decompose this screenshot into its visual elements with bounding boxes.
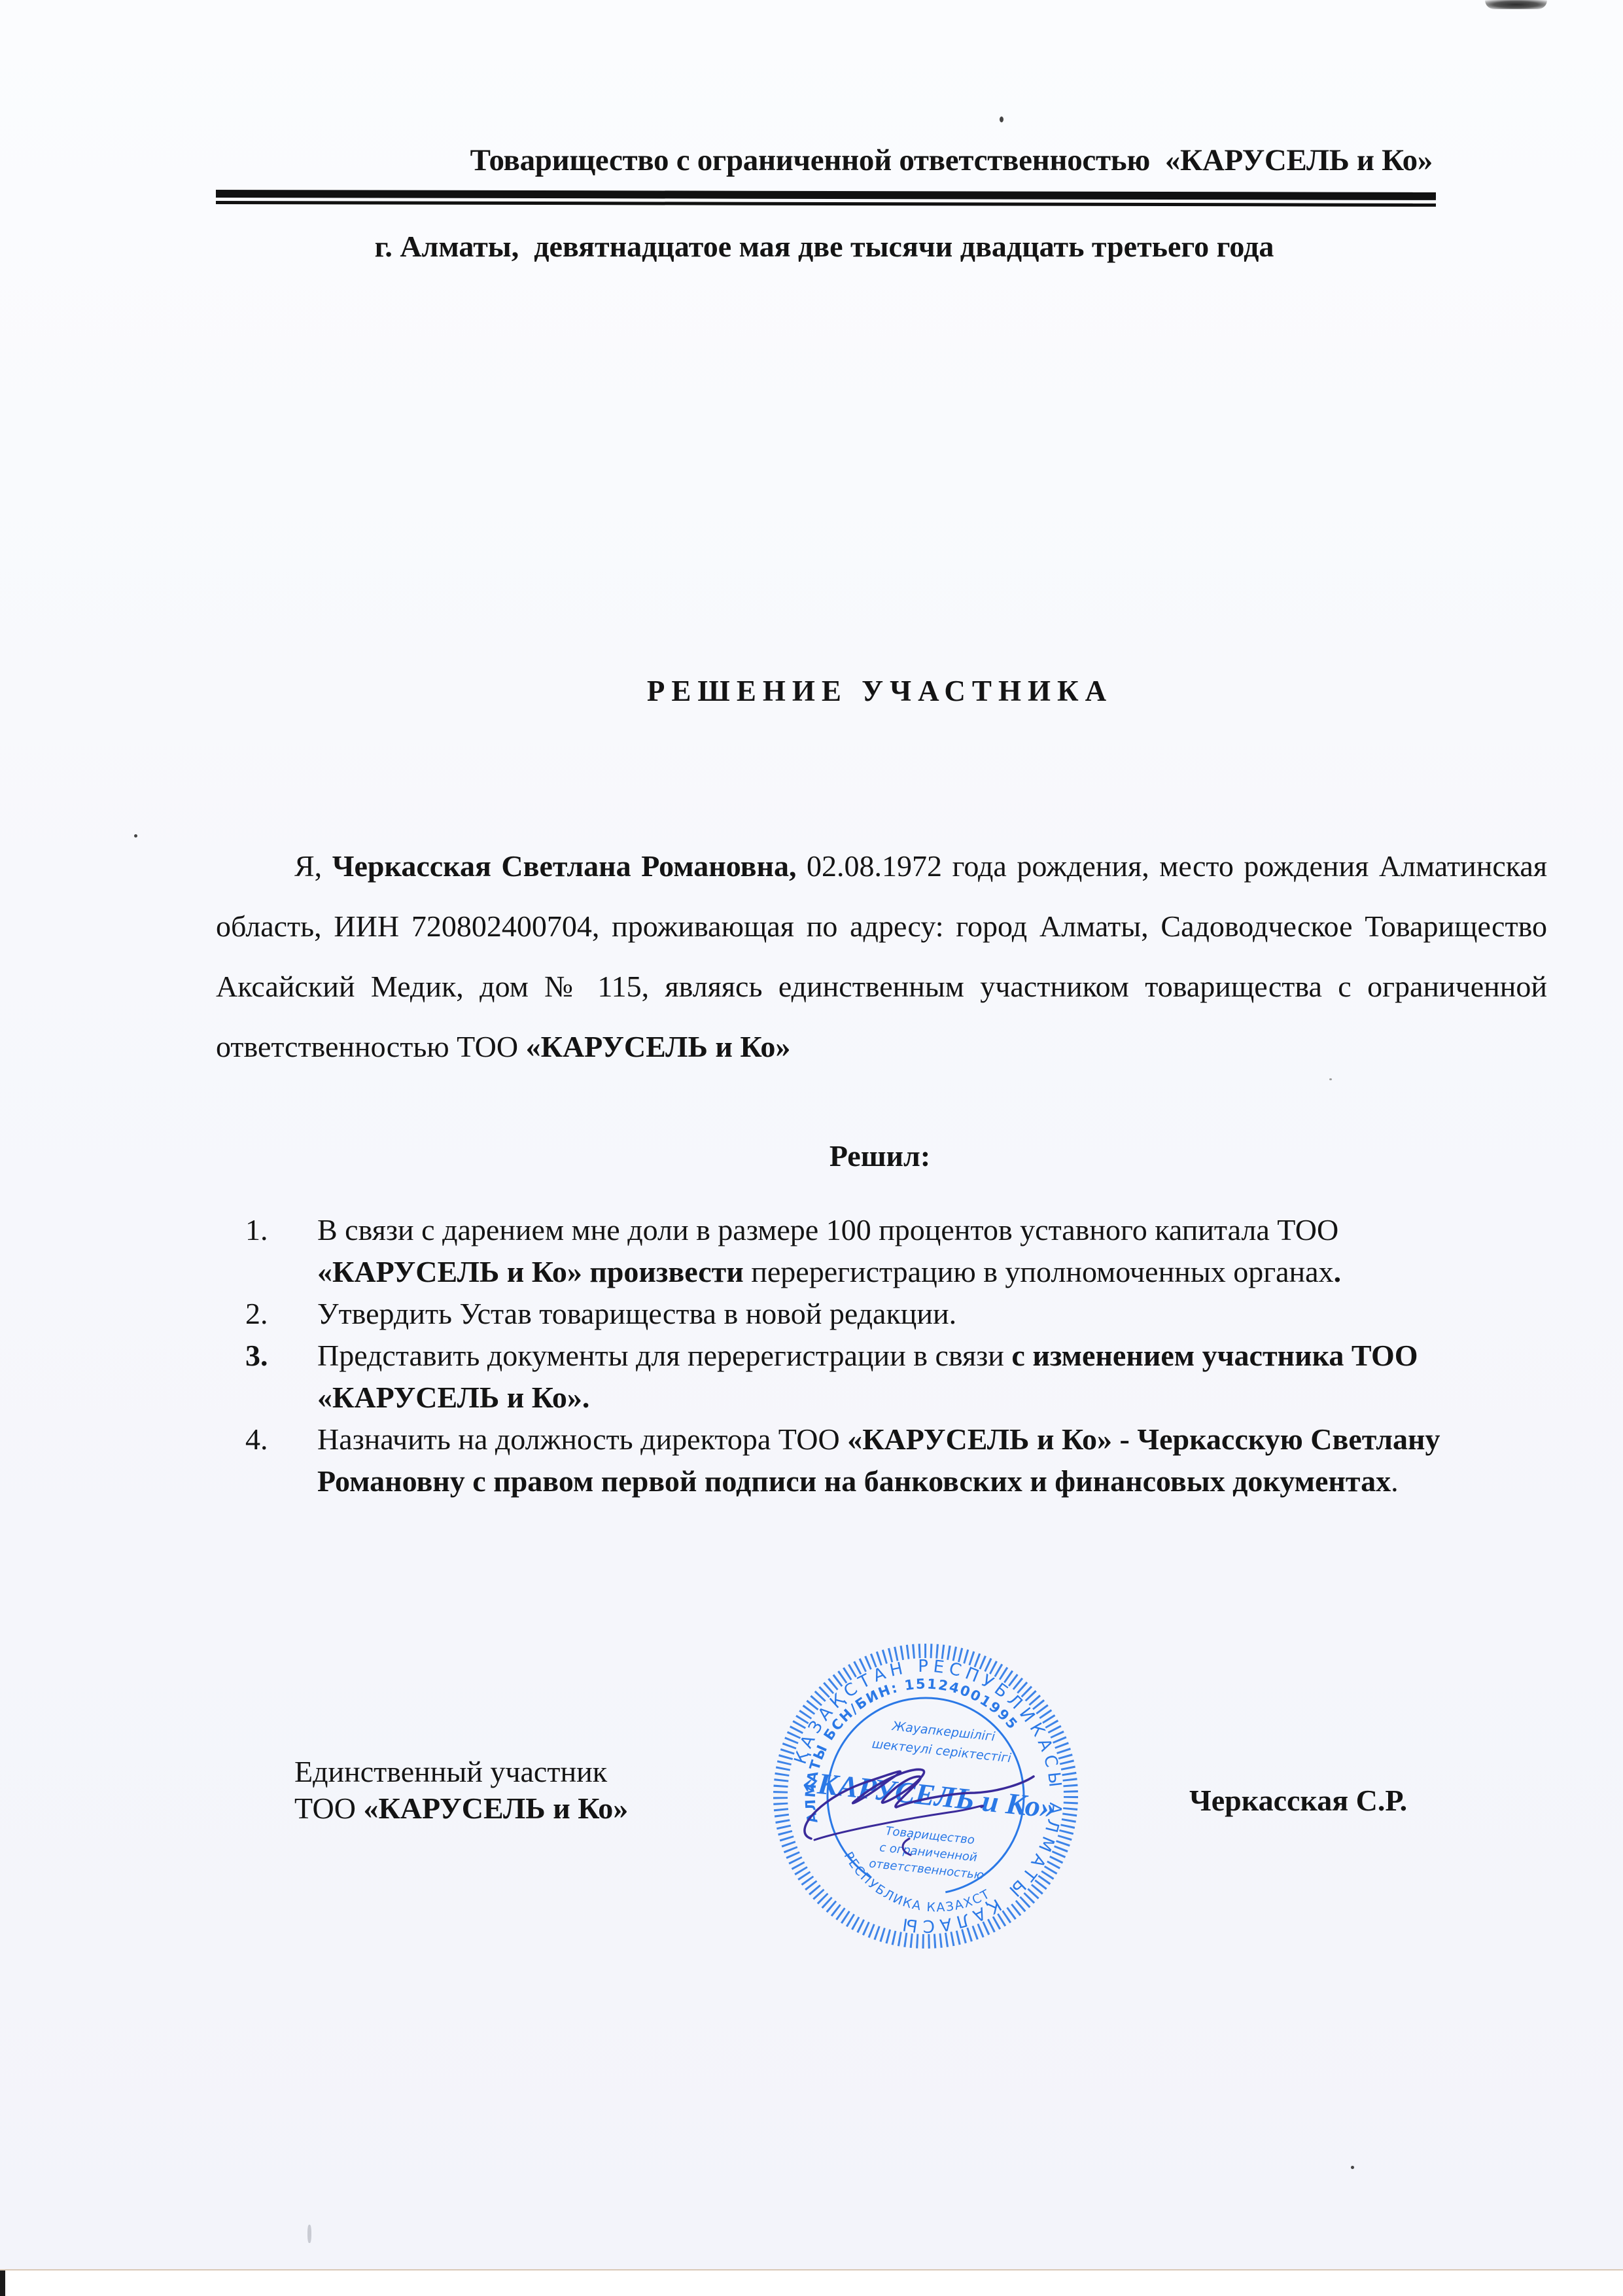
scanner-edge-strip bbox=[0, 2270, 5, 2296]
scanner-background bbox=[0, 2270, 1623, 2296]
decision-number: 3. bbox=[245, 1335, 268, 1377]
participant-name: Черкасская Светлана Романовна, bbox=[332, 849, 797, 883]
scan-smudge-mark bbox=[307, 2225, 311, 2243]
decision-item-4: 4.Назначить на должность директора ТОО «… bbox=[216, 1419, 1498, 1502]
seal-icon: ҚАЗАҚСТАН РЕСПУБЛИКАСЫ АЛМАТЫ ҚАЛАСЫ АЛМ… bbox=[765, 1636, 1086, 1956]
decision-number: 4. bbox=[245, 1419, 268, 1460]
company-prefix: ТОО bbox=[294, 1792, 363, 1825]
place-and-date: г. Алматы, девятнадцатое мая две тысячи … bbox=[216, 229, 1433, 264]
decision-text: . bbox=[1391, 1464, 1399, 1498]
scan-speck bbox=[1000, 116, 1003, 122]
signer-company: ТОО «КАРУСЕЛЬ и Ко» bbox=[294, 1790, 628, 1827]
signature-block-left: Единственный участник ТОО «КАРУСЕЛЬ и Ко… bbox=[294, 1754, 628, 1827]
decision-item-1: 1.В связи с дарением мне доли в размере … bbox=[216, 1209, 1498, 1293]
company-letterhead-title: Товарищество с ограниченной ответственно… bbox=[216, 143, 1433, 178]
scan-smudge bbox=[1485, 0, 1547, 9]
decision-text: перерегистрацию в уполномоченных органах bbox=[744, 1255, 1334, 1288]
decision-number: 2. bbox=[245, 1293, 268, 1335]
decision-text-bold: «КАРУСЕЛЬ и Ко» произвести bbox=[317, 1255, 744, 1288]
decision-number: 1. bbox=[245, 1209, 268, 1251]
company-seal-stamp: ҚАЗАҚСТАН РЕСПУБЛИКАСЫ АЛМАТЫ ҚАЛАСЫ АЛМ… bbox=[765, 1636, 1086, 1956]
decision-text: Утвердить Устав товарищества в новой ред… bbox=[317, 1297, 956, 1330]
intro-prefix: Я, bbox=[294, 849, 332, 883]
decision-text-bold: . bbox=[1334, 1255, 1342, 1288]
decision-item-2: 2.Утвердить Устав товарищества в новой р… bbox=[216, 1293, 1498, 1335]
document-title: РЕШЕНИЕ УЧАСТНИКА bbox=[216, 674, 1544, 708]
decided-heading: Решил: bbox=[216, 1139, 1544, 1173]
decision-item-3: 3.Представить документы для перерегистра… bbox=[216, 1335, 1498, 1419]
company-name: «КАРУСЕЛЬ и Ко» bbox=[363, 1792, 628, 1825]
scan-speck bbox=[1329, 1078, 1332, 1080]
scan-speck bbox=[134, 834, 137, 838]
scan-speck bbox=[1351, 2166, 1354, 2169]
intro-paragraph: Я, Черкасская Светлана Романовна, 02.08.… bbox=[216, 836, 1547, 1077]
decision-text: Назначить на должность директора ТОО bbox=[317, 1422, 847, 1456]
decision-text: Представить документы для перерегистраци… bbox=[317, 1339, 1011, 1372]
signer-name: Черкасская С.Р. bbox=[1189, 1783, 1407, 1818]
company-name: «КАРУСЕЛЬ и Ко» bbox=[526, 1030, 791, 1063]
signer-role: Единственный участник bbox=[294, 1754, 628, 1790]
decisions-list: 1.В связи с дарением мне доли в размере … bbox=[216, 1209, 1498, 1502]
decision-text: В связи с дарением мне доли в размере 10… bbox=[317, 1213, 1338, 1246]
